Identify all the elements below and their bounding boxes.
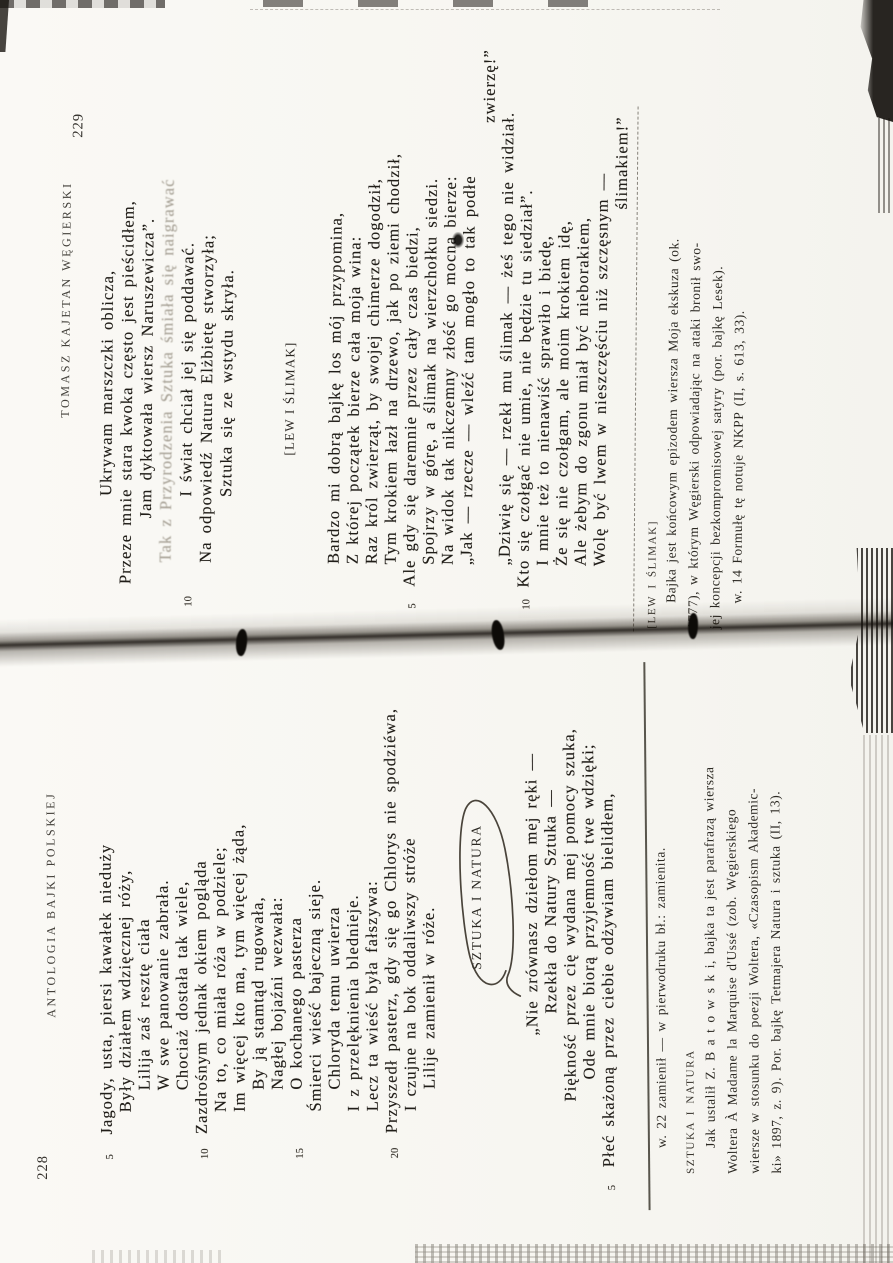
line-text: Jak ustalił Z. B a t o w s k i, bajka ta… [698, 766, 722, 1174]
footnotes-229: [LEW I ŚLIMAK] Bajka jest końcowym epizo… [636, 84, 753, 630]
line-number: 5 [603, 1185, 622, 1190]
line-text: Piękność przez cię wydana mej pomocy szu… [559, 728, 580, 1190]
footnote-line: wiersze w stosunku do poezji Woltera, «C… [742, 639, 766, 1174]
poem-fragment-rose-lily: 5Jagody, usta, piersi kawałek niedużyBył… [95, 638, 439, 1159]
book-spread-unrotated: 228 ANTOLOGIA BAJKI POLSKIEJ 5Jagody, us… [0, 0, 893, 1263]
verse-line: Lilije zamienił w róże. [418, 638, 439, 1158]
fable-lew-i-slimak-lines: Bardzo mi dobrą bajkę los mój przypomina… [323, 28, 632, 611]
line-text: I z przelęknienia blednieje. [343, 894, 363, 1158]
verse-line: By ją stamtąd rugowała, [247, 639, 268, 1159]
verse-line: Były działem wdzięcznej róży, [114, 639, 135, 1159]
line-text: w. 14 Formułę tę notuje NKPP (II, s. 613… [726, 310, 751, 629]
line-text: Chloryda temu uwierza [324, 907, 344, 1159]
line-text: Chociaż dostała tak wiele, [172, 881, 192, 1160]
verse-line: Rzekła do Natury Sztuka — [540, 636, 561, 1191]
line-text: Im więcej kto ma, tym więcej żąda, [228, 824, 248, 1159]
page-number: 228 [35, 1155, 52, 1180]
line-text: Lecz ta wieść była fałszywa: [362, 880, 382, 1158]
page-228: 228 ANTOLOGIA BAJKI POLSKIEJ 5Jagody, us… [0, 632, 893, 1263]
fable-title-sztuka-i-natura: SZTUKA I NATURA [467, 783, 508, 1011]
verse-line: Lilija zaś resztę ciała [133, 639, 154, 1159]
line-text: jej koncepcji bezkompromisowej satyry (p… [704, 266, 729, 630]
running-title: TOMASZ KAJETAN WĘGIERSKI [57, 140, 75, 460]
footnote-line: Woltera À Madame la Marquise d'Ussé (zob… [720, 639, 744, 1174]
footnote-line: w. 14 Formułę tę notuje NKPP (II, s. 613… [726, 84, 753, 629]
verse-line: „Nie zrównasz dziełom mej ręki — [521, 636, 542, 1191]
line-text: Jagody, usta, piersi kawałek nieduży [96, 844, 116, 1160]
line-text: Zazdrośnym jednak okiem pogląda [191, 860, 211, 1159]
line-text: By ją stamtąd rugowała, [248, 896, 268, 1159]
verse-line: 5Jagody, usta, piersi kawałek nieduży [95, 639, 116, 1159]
line-text: ślimakiem!” [612, 30, 633, 209]
verse-line: Śmierci wieść bajeczną sieje. [304, 639, 325, 1159]
verse-line: Nagłej bojaźni wezwała: [266, 639, 287, 1159]
line-text: Lilije zamienił w róże. [419, 907, 439, 1159]
page-228-content: 228 ANTOLOGIA BAJKI POLSKIEJ 5Jagody, us… [0, 630, 893, 1263]
verse-line: Lecz ta wieść była fałszywa: [361, 638, 382, 1158]
verse-line: Ode mnie biorą przyjemność twe wdzięki; [578, 635, 599, 1190]
verse-line: 15O kochanego pasterza [285, 639, 306, 1159]
verse-line: Na to, co miała róża w podziele; [209, 639, 230, 1159]
verse-line: ślimakiem!” [608, 30, 632, 610]
page-229: TOMASZ KAJETAN WĘGIERSKI 229 Ukrywam mar… [0, 0, 893, 631]
line-text: Przyszedł pasterz, gdy się go Chlorys ni… [380, 708, 401, 1158]
pen-circle-mark [452, 792, 522, 1001]
line-text: Woltera À Madame la Marquise d'Ussé (zob… [720, 809, 744, 1174]
line-text: I czujne na bok oddaliwszy stróże [400, 837, 420, 1158]
line-text: „Nie zrównasz dziełom mej ręki — [521, 753, 542, 1191]
verse-line: 5Płeć skażoną przez ciebie odżywiam biel… [597, 635, 618, 1190]
line-text: Śmierci wieść bajeczną sieje. [305, 879, 325, 1159]
line-text: Ode mnie biorą przyjemność twe wdzięki; [578, 743, 599, 1190]
line-text: ki» 1897, z. 9). Por. bajkę Tetmajera Na… [764, 791, 788, 1174]
line-text: Sztuka się ze wstydu skryła. [215, 269, 238, 607]
verse-line: Im więcej kto ma, tym więcej żąda, [228, 639, 249, 1159]
verse-line: W swe panowanie zabrała. [152, 639, 173, 1159]
line-text: Nagłej bojaźni wezwała: [267, 896, 287, 1158]
line-text: W swe panowanie zabrała. [153, 879, 173, 1159]
footnotes-228: w. 22 zamienił — w pierwodruku bł.: zami… [649, 639, 788, 1175]
scanned-book-spread: 228 ANTOLOGIA BAJKI POLSKIEJ 5Jagody, us… [0, 0, 893, 1263]
line-text: wiersze w stosunku do poezji Woltera, «C… [742, 788, 766, 1174]
line-text: Były działem wdzięcznej róży, [115, 870, 135, 1160]
running-title: ANTOLOGIA BAJKI POLSKIEJ [43, 745, 59, 1065]
fable-title-text: SZTUKA I NATURA [468, 824, 484, 970]
verse-line: Chloryda temu uwierza [323, 638, 344, 1158]
verse-line: Chociaż dostała tak wiele, [171, 639, 192, 1159]
poem-fragment-sztuka-continuation: Ukrywam marszczki oblicza,Przeze mnie st… [95, 26, 240, 607]
page-229-content: TOMASZ KAJETAN WĘGIERSKI 229 Ukrywam mar… [0, 0, 893, 639]
verse-line: 10Zazdrośnym jednak okiem pogląda [190, 639, 211, 1159]
footnote-line: Jak ustalił Z. B a t o w s k i, bajka ta… [698, 639, 722, 1174]
verse-line: 20Przyszedł pasterz, gdy się go Chlorys … [380, 638, 401, 1158]
line-text: Na to, co miała róża w podziele; [210, 846, 230, 1159]
footnote-line: ki» 1897, z. 9). Por. bajkę Tetmajera Na… [764, 639, 788, 1174]
fable-sztuka-i-natura-lines: „Nie zrównasz dziełom mej ręki —Rzekła d… [521, 635, 618, 1190]
verse-line: Sztuka się ze wstydu skryła. [215, 27, 240, 607]
fable-title-lew-i-slimak: [LEW I ŚLIMAK] [281, 283, 299, 513]
verse-line: Piękność przez cię wydana mej pomocy szu… [559, 635, 580, 1190]
page-number: 229 [70, 113, 87, 138]
variant-note: w. 22 zamienił — w pierwodruku bł.: zami… [649, 639, 673, 1174]
verse-line: I z przelęknienia blednieje. [342, 638, 363, 1158]
line-text: Płeć skażoną przez ciebie odżywiam bieli… [597, 793, 618, 1191]
footnote-label: SZTUKA I NATURA [671, 639, 700, 1174]
verse-line: I czujne na bok oddaliwszy stróże [399, 638, 420, 1158]
line-text: O kochanego pasterza [286, 917, 306, 1159]
line-text: Rzekła do Natury Sztuka — [540, 789, 561, 1190]
line-text: zwierzę!” [479, 29, 499, 123]
line-text: Lilija zaś resztę ciała [134, 918, 154, 1159]
